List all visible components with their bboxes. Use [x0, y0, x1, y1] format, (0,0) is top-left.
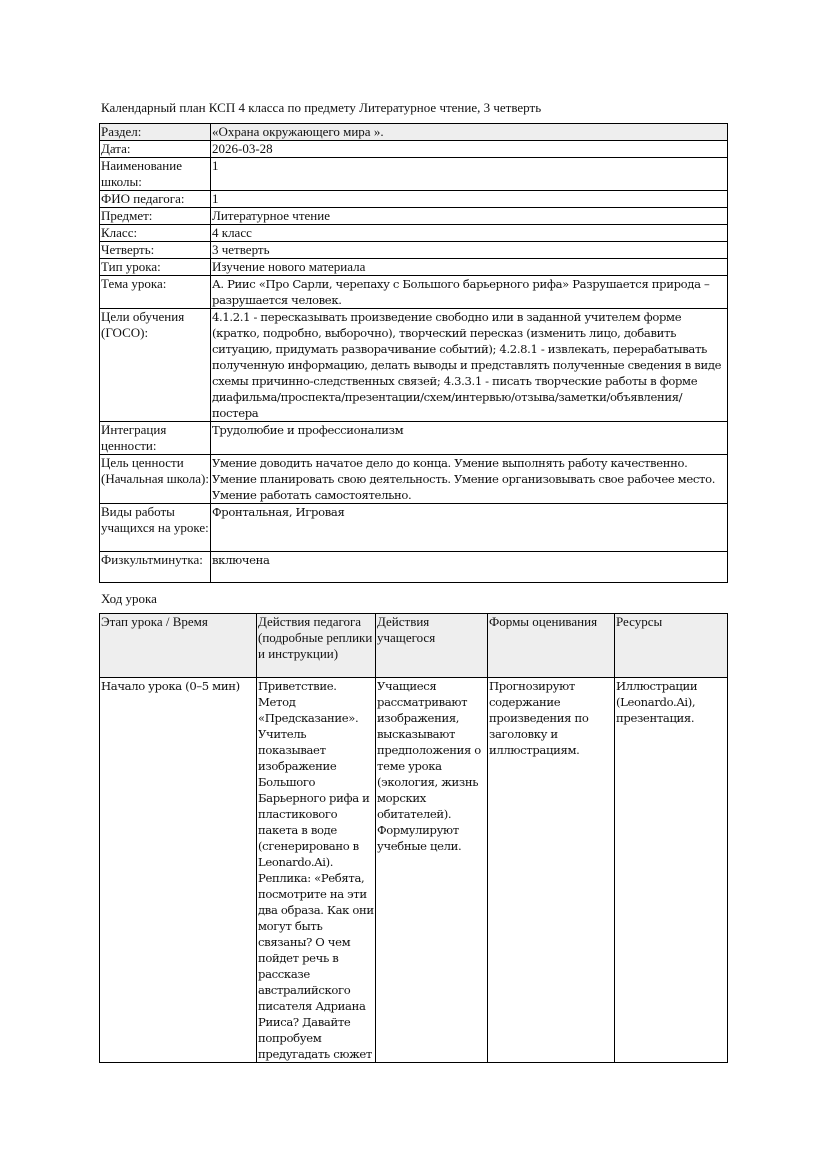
resources-cell: Иллюстрации (Leonardo.Ai), презентация.: [615, 678, 728, 1063]
info-row-value-goal: Цель ценности (Начальная школа): Умение …: [100, 455, 728, 504]
info-label: Наименование школы:: [100, 158, 211, 191]
info-value: Литературное чтение: [211, 208, 728, 225]
info-row-class: Класс: 4 класс: [100, 225, 728, 242]
info-row-work-types: Виды работы учащихся на уроке: Фронтальн…: [100, 504, 728, 552]
info-row-physical-break: Физкультминутка: включена: [100, 552, 728, 583]
info-row-lesson-type: Тип урока: Изучение нового материала: [100, 259, 728, 276]
info-value: 1: [211, 191, 728, 208]
document-title: Календарный план КСП 4 класса по предмет…: [101, 100, 741, 116]
info-label: Дата:: [100, 141, 211, 158]
lesson-flow-table: Этап урока / Время Действия педагога (по…: [99, 613, 728, 1063]
info-label: Виды работы учащихся на уроке:: [100, 504, 211, 552]
info-value: 2026-03-28: [211, 141, 728, 158]
column-header: Действия учащегося: [376, 614, 488, 678]
info-row-school: Наименование школы: 1: [100, 158, 728, 191]
lesson-flow-heading: Ход урока: [101, 591, 157, 607]
info-label: Цель ценности (Начальная школа):: [100, 455, 211, 504]
teacher-actions-cell: Приветствие. Метод «Предсказание». Учите…: [257, 678, 376, 1063]
info-row-teacher: ФИО педагога: 1: [100, 191, 728, 208]
info-value: Трудолюбие и профессионализм: [211, 422, 728, 455]
assessment-cell: Прогнозируют содержание произведения по …: [488, 678, 615, 1063]
table-header-row: Этап урока / Время Действия педагога (по…: [100, 614, 728, 678]
info-label: Раздел:: [100, 124, 211, 141]
info-value: 3 четверть: [211, 242, 728, 259]
info-label: Тип урока:: [100, 259, 211, 276]
info-label: Тема урока:: [100, 276, 211, 309]
student-actions-cell: Учащиеся рассматривают изображения, выск…: [376, 678, 488, 1063]
info-row-quarter: Четверть: 3 четверть: [100, 242, 728, 259]
info-value: 1: [211, 158, 728, 191]
info-label: Четверть:: [100, 242, 211, 259]
column-header: Действия педагога (подробные реплики и и…: [257, 614, 376, 678]
info-row-date: Дата: 2026-03-28: [100, 141, 728, 158]
info-value: включена: [211, 552, 728, 583]
info-label: Физкультминутка:: [100, 552, 211, 583]
info-value: Умение доводить начатое дело до конца. У…: [211, 455, 728, 504]
column-header: Формы оценивания: [488, 614, 615, 678]
info-label: Цели обучения (ГОСО):: [100, 309, 211, 422]
info-label: Интеграция ценности:: [100, 422, 211, 455]
info-row-value-integration: Интеграция ценности: Трудолюбие и профес…: [100, 422, 728, 455]
info-value: Фронтальная, Игровая: [211, 504, 728, 552]
info-row-subject: Предмет: Литературное чтение: [100, 208, 728, 225]
info-label: Предмет:: [100, 208, 211, 225]
info-value: «Охрана окружающего мира ».: [211, 124, 728, 141]
info-label: Класс:: [100, 225, 211, 242]
column-header: Этап урока / Время: [100, 614, 257, 678]
info-value: 4.1.2.1 - пересказывать произведение сво…: [211, 309, 728, 422]
info-label: ФИО педагога:: [100, 191, 211, 208]
info-value: Изучение нового материала: [211, 259, 728, 276]
table-row: Начало урока (0–5 мин) Приветствие. Мето…: [100, 678, 728, 1063]
column-header: Ресурсы: [615, 614, 728, 678]
lesson-info-table: Раздел: «Охрана окружающего мира ». Дата…: [99, 123, 728, 583]
info-row-objectives: Цели обучения (ГОСО): 4.1.2.1 - пересказ…: [100, 309, 728, 422]
info-value: А. Риис «Про Сарли, черепаху с Большого …: [211, 276, 728, 309]
info-row-topic: Тема урока: А. Риис «Про Сарли, черепаху…: [100, 276, 728, 309]
info-row-section: Раздел: «Охрана окружающего мира ».: [100, 124, 728, 141]
stage-cell: Начало урока (0–5 мин): [100, 678, 257, 1063]
info-value: 4 класс: [211, 225, 728, 242]
